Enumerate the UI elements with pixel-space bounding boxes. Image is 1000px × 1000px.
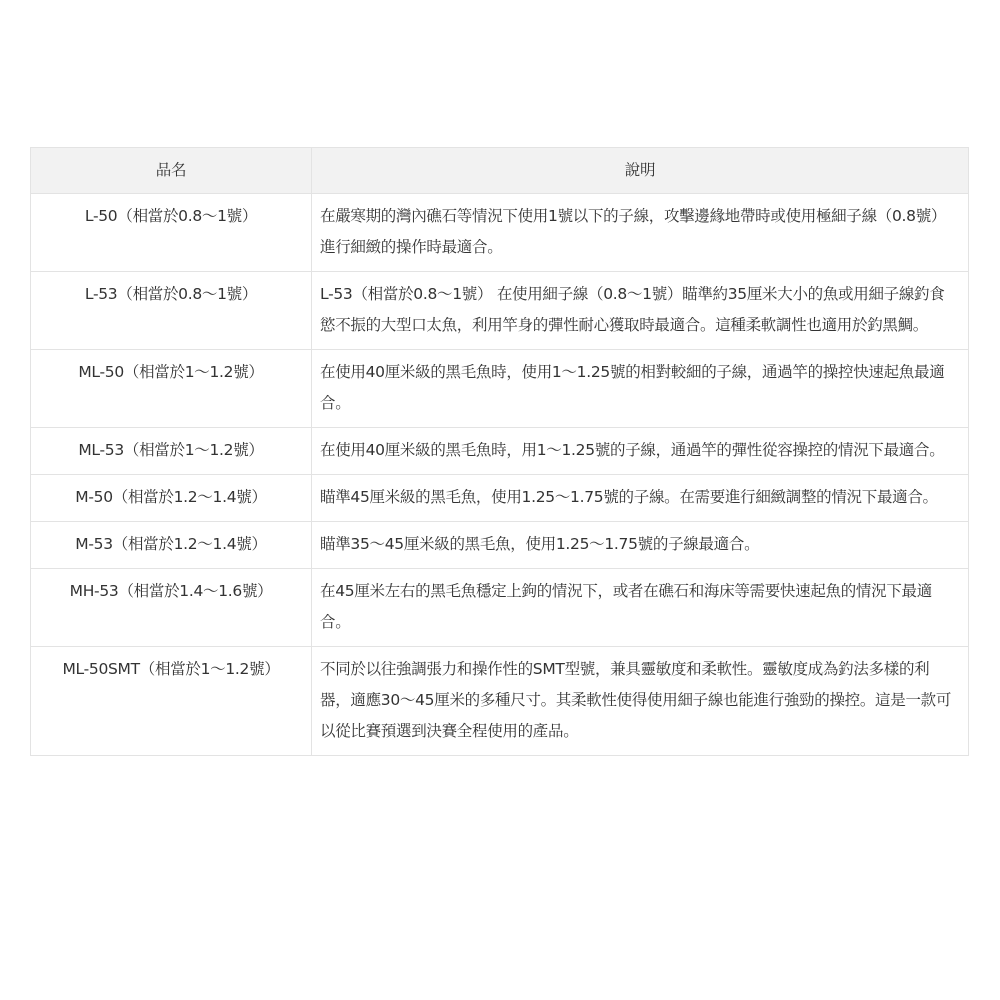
product-description-cell: 瞄準35～45厘米級的黑毛魚，使用1.25～1.75號的子線最適合。 — [312, 522, 969, 569]
product-spec-table: 品名 說明 L-50（相當於0.8～1號） 在嚴寒期的灣內礁石等情況下使用1號以… — [30, 147, 969, 756]
product-description-cell: 在使用40厘米級的黑毛魚時，用1～1.25號的子線，通過竿的彈性從容操控的情況下… — [312, 428, 969, 475]
table-row: M-50（相當於1.2～1.4號） 瞄準45厘米級的黑毛魚，使用1.25～1.7… — [31, 475, 969, 522]
product-name-cell: L-53（相當於0.8～1號） — [31, 272, 312, 350]
product-description-cell: 在嚴寒期的灣內礁石等情況下使用1號以下的子線，攻擊邊緣地帶時或使用極細子線（0.… — [312, 194, 969, 272]
product-description-cell: 不同於以往強調張力和操作性的SMT型號，兼具靈敏度和柔軟性。靈敏度成為釣法多樣的… — [312, 647, 969, 756]
table-row: ML-50SMT（相當於1～1.2號） 不同於以往強調張力和操作性的SMT型號，… — [31, 647, 969, 756]
column-header-name: 品名 — [31, 148, 312, 194]
product-name-cell: ML-50（相當於1～1.2號） — [31, 350, 312, 428]
product-name-cell: ML-50SMT（相當於1～1.2號） — [31, 647, 312, 756]
product-spec-table-container: 品名 說明 L-50（相當於0.8～1號） 在嚴寒期的灣內礁石等情況下使用1號以… — [30, 147, 968, 756]
table-row: ML-50（相當於1～1.2號） 在使用40厘米級的黑毛魚時，使用1～1.25號… — [31, 350, 969, 428]
product-description-cell: 瞄準45厘米級的黑毛魚，使用1.25～1.75號的子線。在需要進行細緻調整的情況… — [312, 475, 969, 522]
table-row: ML-53（相當於1～1.2號） 在使用40厘米級的黑毛魚時，用1～1.25號的… — [31, 428, 969, 475]
product-name-cell: M-50（相當於1.2～1.4號） — [31, 475, 312, 522]
product-name-cell: M-53（相當於1.2～1.4號） — [31, 522, 312, 569]
table-row: M-53（相當於1.2～1.4號） 瞄準35～45厘米級的黑毛魚，使用1.25～… — [31, 522, 969, 569]
product-description-cell: 在45厘米左右的黑毛魚穩定上鉤的情況下，或者在礁石和海床等需要快速起魚的情況下最… — [312, 569, 969, 647]
product-name-cell: ML-53（相當於1～1.2號） — [31, 428, 312, 475]
product-description-cell: L-53（相當於0.8～1號） 在使用細子線（0.8～1號）瞄準約35厘米大小的… — [312, 272, 969, 350]
table-row: L-50（相當於0.8～1號） 在嚴寒期的灣內礁石等情況下使用1號以下的子線，攻… — [31, 194, 969, 272]
table-row: MH-53（相當於1.4～1.6號） 在45厘米左右的黑毛魚穩定上鉤的情況下，或… — [31, 569, 969, 647]
product-description-cell: 在使用40厘米級的黑毛魚時，使用1～1.25號的相對較細的子線，通過竿的操控快速… — [312, 350, 969, 428]
product-name-cell: MH-53（相當於1.4～1.6號） — [31, 569, 312, 647]
product-name-cell: L-50（相當於0.8～1號） — [31, 194, 312, 272]
table-header-row: 品名 說明 — [31, 148, 969, 194]
column-header-description: 說明 — [312, 148, 969, 194]
table-row: L-53（相當於0.8～1號） L-53（相當於0.8～1號） 在使用細子線（0… — [31, 272, 969, 350]
